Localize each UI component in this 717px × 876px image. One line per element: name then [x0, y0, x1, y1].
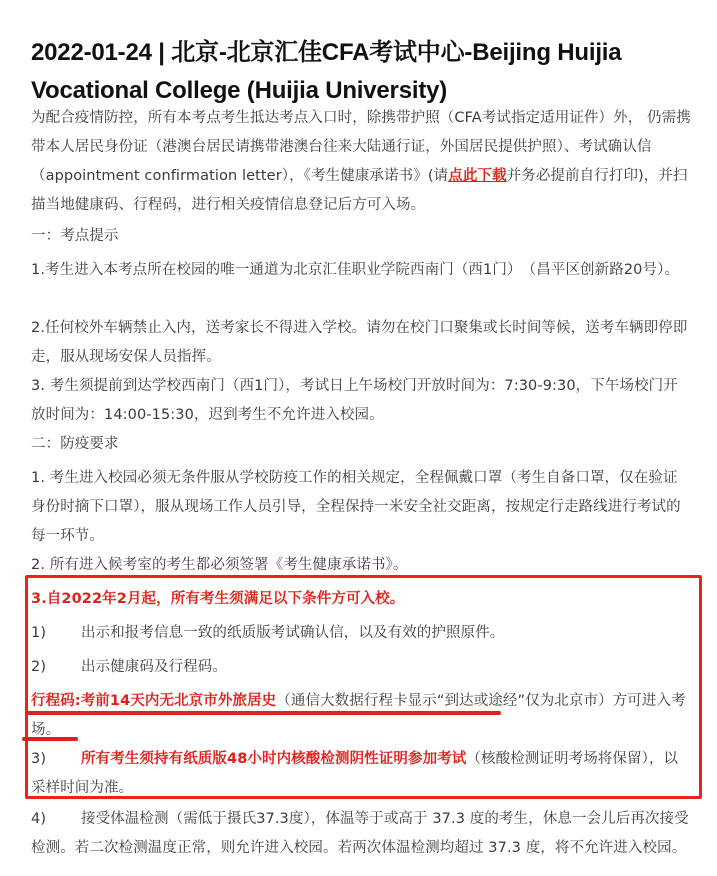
- condition-2-number: 2): [31, 653, 81, 682]
- condition-2-text: 出示健康码及行程码。: [81, 659, 227, 675]
- condition-4-number: 4): [31, 805, 81, 834]
- condition-item-4: 4)接受体温检测（需低于摄氏37.3度），体温等于或高于 37.3 度的考生，休…: [31, 805, 691, 863]
- trip-code-highlight: 行程码:考前14天内无北京市外旅居史: [31, 693, 276, 709]
- condition-3-highlight: 所有考生须持有纸质版48小时内核酸检测阴性证明参加考试: [81, 751, 466, 767]
- intro-paragraph: 为配合疫情防控，所有本考点考生抵达考点入口时，除携带护照（CFA考试指定适用证件…: [31, 104, 691, 220]
- condition-4-text: 接受体温检测（需低于摄氏37.3度），体温等于或高于 37.3 度的考生，休息一…: [31, 811, 689, 856]
- download-link[interactable]: 点此下载: [448, 168, 506, 184]
- condition-item-1: 1)出示和报考信息一致的纸质版考试确认信，以及有效的护照原件。: [31, 619, 691, 648]
- section1-heading: 一：考点提示: [31, 222, 691, 251]
- section2-item-1: 1. 考生进入校园必须无条件服从学校防疫工作的相关规定，全程佩戴口罩（考生自备口…: [31, 464, 691, 551]
- condition-1-number: 1): [31, 619, 81, 648]
- underline-annotation-1: [27, 711, 501, 715]
- condition-3-number: 3): [31, 745, 81, 774]
- condition-item-3: 3)所有考生须持有纸质版48小时内核酸检测阴性证明参加考试（核酸检测证明考场将保…: [31, 745, 691, 803]
- article-title: 2022-01-24 | 北京-北京汇佳CFA考试中心-Beijing Huij…: [31, 34, 701, 110]
- highlight-heading: 3.自2022年2月起，所有考生须满足以下条件方可入校。: [31, 585, 691, 614]
- condition-1-text: 出示和报考信息一致的纸质版考试确认信，以及有效的护照原件。: [81, 625, 504, 641]
- condition-item-2: 2)出示健康码及行程码。: [31, 653, 691, 682]
- trip-code-requirement: 行程码:考前14天内无北京市外旅居史（通信大数据行程卡显示“到达或途经”仅为北京…: [31, 687, 691, 745]
- underline-annotation-2: [22, 737, 78, 741]
- section1-item-3: 3. 考生须提前到达学校西南门（西1门），考试日上午场校门开放时间为：7:30-…: [31, 372, 691, 430]
- section2-heading: 二：防疫要求: [31, 430, 691, 459]
- section1-item-2: 2.任何校外车辆禁止入内，送考家长不得进入学校。请勿在校门口聚集或长时间等候，送…: [31, 314, 691, 372]
- section1-item-1: 1.考生进入本考点所在校园的唯一通道为北京汇佳职业学院西南门（西1门） （昌平区…: [31, 256, 691, 285]
